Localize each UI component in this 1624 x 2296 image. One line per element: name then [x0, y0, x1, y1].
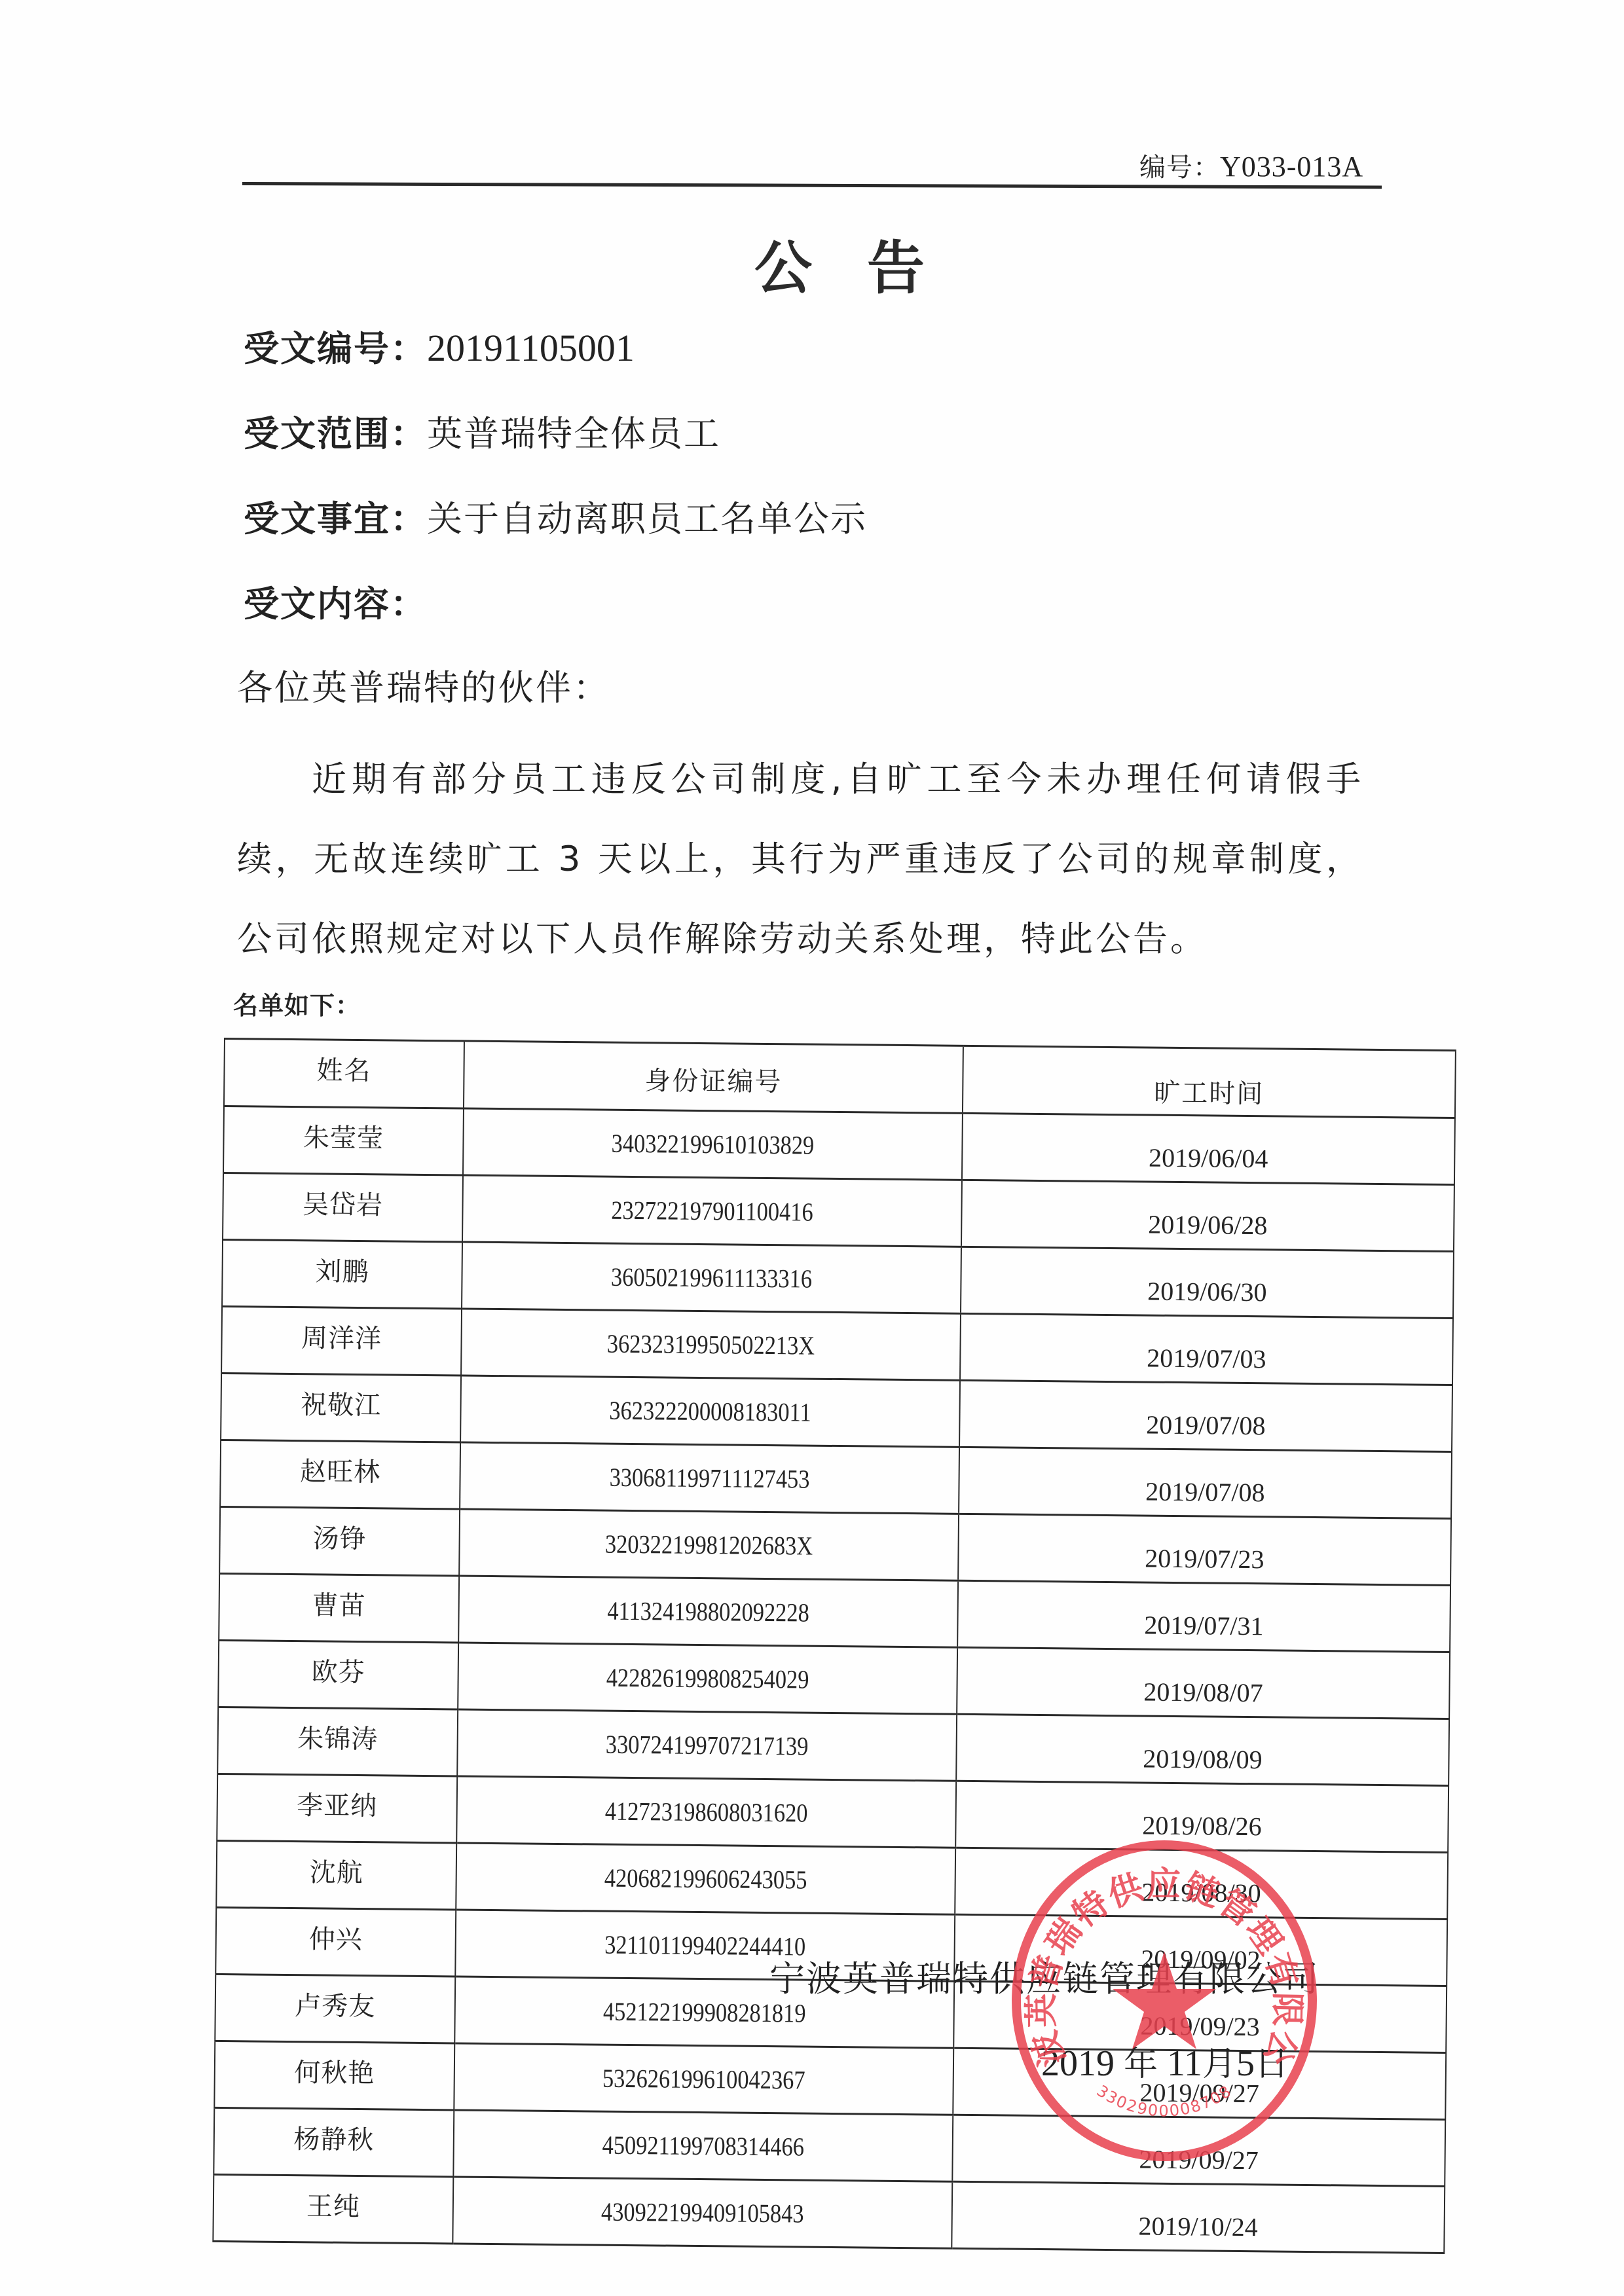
receipt-number-value: 20191105001 — [427, 327, 635, 369]
employee-name-cell: 李亚纳 — [217, 1774, 457, 1843]
id-number-cell: 360502199611133316 — [496, 1243, 926, 1313]
absence-date-cell: 2019/06/30 — [961, 1247, 1454, 1318]
table-row: 沈航4206821996062430552019/08/30 — [216, 1840, 1448, 1919]
table-row: 王纯4309221994091058432019/10/24 — [213, 2174, 1445, 2253]
column-header-absence-date: 旷工时间 — [963, 1046, 1456, 1118]
id-number-cell: 32032219981202683X — [494, 1510, 923, 1580]
absence-date-cell: 2019/08/07 — [957, 1647, 1450, 1719]
list-heading: 名单如下： — [233, 985, 361, 1021]
date-month-unit: 月 — [1202, 2045, 1236, 2084]
absence-date-cell: 2019/07/08 — [959, 1380, 1452, 1451]
employee-name-cell: 仲兴 — [215, 1907, 456, 1977]
absence-date-cell: 2019/06/28 — [961, 1180, 1454, 1251]
document-page: 编号：Y033-013A 公告 受文编号：20191105001 受文范围：英普… — [0, 0, 1624, 2296]
document-code: 编号：Y033-013A — [1139, 147, 1363, 184]
absence-date-cell: 2019/07/08 — [959, 1447, 1452, 1518]
id-number-cell: 450921199708314466 — [489, 2110, 918, 2181]
employee-name-cell: 朱莹莹 — [223, 1106, 464, 1176]
scope-label: 受文范围： — [244, 413, 427, 454]
absence-date-cell: 2019/09/27 — [952, 2115, 1445, 2186]
table-row: 曹苗4113241988020922282019/07/31 — [219, 1573, 1450, 1652]
table-row: 吴岱岩2327221979011004162019/06/28 — [223, 1173, 1454, 1252]
absence-date-cell: 2019/07/31 — [957, 1580, 1450, 1652]
table-row: 祝敬江3623222000081830112019/07/08 — [221, 1373, 1452, 1451]
company-name: 宁波英普瑞特供应链管理有限公司 — [769, 1951, 1319, 2001]
date-month: 11 — [1167, 2043, 1202, 2084]
id-number-cell: 330681199711127453 — [494, 1443, 924, 1514]
employee-name-cell: 欧芬 — [218, 1640, 458, 1709]
employee-name-cell: 沈航 — [216, 1840, 456, 1910]
column-header-name: 姓名 — [224, 1039, 464, 1109]
receipt-number-field: 受文编号：20191105001 — [244, 321, 635, 371]
id-number-cell: 412723198608031620 — [492, 1776, 921, 1847]
receipt-number-label: 受文编号： — [244, 328, 427, 369]
id-number-cell: 411324198802092228 — [493, 1576, 923, 1647]
greeting: 各位英普瑞特的伙伴： — [237, 660, 610, 710]
absence-date-cell: 2019/08/26 — [955, 1781, 1449, 1852]
absence-date-cell: 2019/08/09 — [956, 1714, 1449, 1785]
employee-name-cell: 吴岱岩 — [223, 1173, 463, 1243]
id-number-cell: 420682199606243055 — [491, 1843, 921, 1914]
table-header-row: 姓名 身份证编号 旷工时间 — [224, 1039, 1456, 1118]
table-row: 欧芬4228261998082540292019/08/07 — [218, 1640, 1450, 1719]
column-header-id: 身份证编号 — [464, 1041, 963, 1113]
notice-paragraph: 近期有部分员工违反公司制度,自旷工至今未办理任何请假手续，无故连续旷工 3 天以… — [237, 740, 1363, 979]
absence-date-cell: 2019/07/23 — [958, 1514, 1451, 1585]
subject-label: 受文事宜： — [244, 498, 427, 539]
scope-value: 英普瑞特全体员工 — [427, 413, 720, 454]
employee-name-cell: 曹苗 — [219, 1573, 459, 1643]
date-day-unit: 日 — [1255, 2045, 1289, 2084]
content-label: 受文内容： — [244, 583, 427, 625]
id-number-cell: 330724199707217139 — [492, 1709, 922, 1780]
employee-name-cell: 周洋洋 — [221, 1306, 462, 1376]
id-number-cell: 430922199409105843 — [488, 2177, 917, 2248]
date-year-unit: 年 — [1124, 2045, 1158, 2084]
id-number-cell: 232722197901100416 — [497, 1176, 927, 1247]
signature-date: 2019 年 11月5日 — [1041, 2036, 1289, 2085]
document-code-label: 编号： — [1139, 153, 1220, 183]
table-row: 朱莹莹3403221996101038292019/06/04 — [223, 1106, 1455, 1185]
document-code-value: Y033-013A — [1220, 151, 1363, 183]
id-number-cell: 422826199808254029 — [493, 1643, 923, 1713]
table-row: 朱锦涛3307241997072171392019/08/09 — [217, 1707, 1449, 1785]
id-number-cell: 362322200008183011 — [495, 1376, 925, 1447]
employee-name-cell: 卢秀友 — [215, 1974, 455, 2043]
id-number-cell: 532626199610042367 — [489, 2043, 919, 2114]
content-field: 受文内容： — [244, 576, 427, 627]
absence-date-cell: 2019/10/24 — [951, 2181, 1445, 2253]
employee-name-cell: 何秋艳 — [214, 2041, 454, 2110]
employee-name-cell: 王纯 — [213, 2174, 453, 2244]
table-row: 杨静秋4509211997083144662019/09/27 — [213, 2107, 1445, 2186]
page-title: 公告 — [0, 223, 1624, 305]
subject-value: 关于自动离职员工名单公示 — [427, 498, 867, 539]
employee-name-cell: 祝敬江 — [221, 1373, 461, 1442]
absence-date-cell: 2019/07/03 — [960, 1313, 1453, 1385]
absence-date-cell: 2019/08/30 — [955, 1848, 1448, 1919]
table-row: 刘鹏3605021996111333162019/06/30 — [222, 1239, 1454, 1318]
table-row: 李亚纳4127231986080316202019/08/26 — [217, 1774, 1449, 1852]
scope-field: 受文范围：英普瑞特全体员工 — [244, 406, 720, 456]
id-number-cell: 36232319950502213X — [496, 1309, 925, 1380]
employee-name-cell: 杨静秋 — [213, 2107, 454, 2177]
absence-date-cell: 2019/06/04 — [962, 1113, 1455, 1184]
id-number-cell: 340322199610103829 — [498, 1109, 927, 1180]
employee-name-cell: 朱锦涛 — [217, 1707, 458, 1776]
employee-name-cell: 赵旺林 — [220, 1440, 460, 1509]
table-row: 赵旺林3306811997111274532019/07/08 — [220, 1440, 1452, 1518]
employee-name-cell: 刘鹏 — [222, 1239, 462, 1309]
employee-name-cell: 汤铮 — [219, 1506, 460, 1576]
subject-field: 受文事宜：关于自动离职员工名单公示 — [244, 491, 867, 541]
date-day: 5 — [1236, 2043, 1255, 2084]
table-row: 汤铮32032219981202683X2019/07/23 — [219, 1506, 1451, 1585]
date-year: 2019 — [1041, 2043, 1115, 2084]
table-row: 周洋洋36232319950502213X2019/07/03 — [221, 1306, 1453, 1385]
